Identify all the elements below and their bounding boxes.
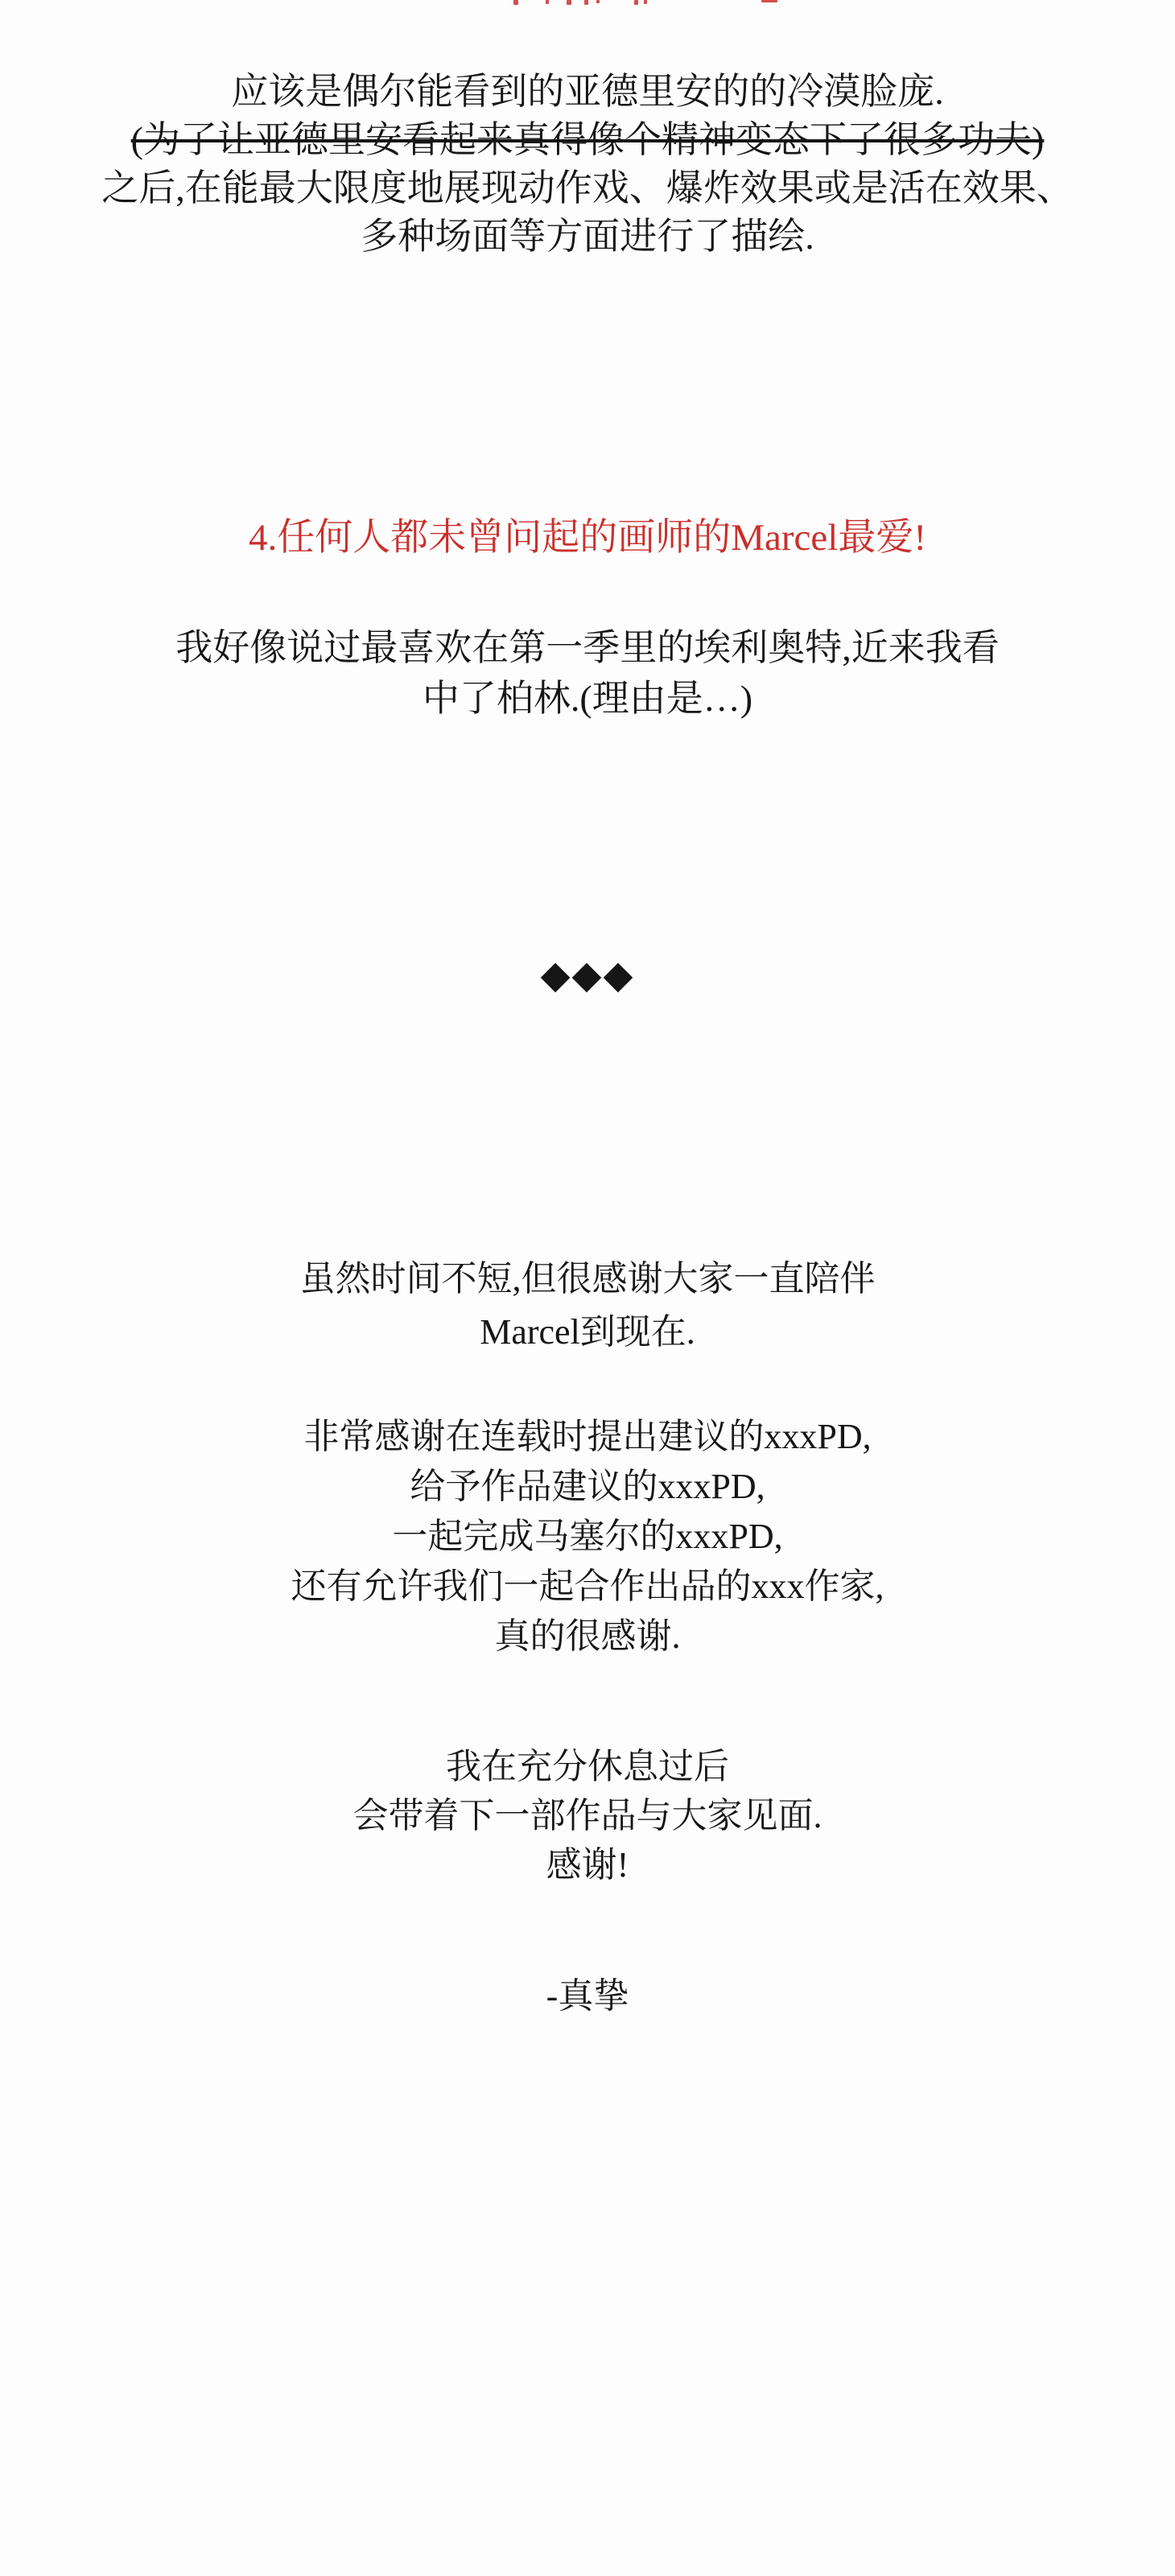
cutoff-glyph-tip <box>584 0 588 5</box>
paragraph-artist-favorite: 我好像说过最喜欢在第一季里的埃利奥特,近来我看 中了柏林.(理由是…) <box>0 622 1175 724</box>
cutoff-glyph-tip <box>546 0 549 4</box>
cutoff-glyph-tip <box>596 0 600 3</box>
cutoff-glyph-tip <box>634 0 638 5</box>
text-line: 还有允许我们一起合作出品的xxx作家, <box>0 1562 1175 1612</box>
text-line: 我好像说过最喜欢在第一季里的埃利奥特,近来我看 <box>0 622 1175 673</box>
text-line: 会带着下一部作品与大家见面. <box>0 1791 1175 1840</box>
text-line: 真的很感谢. <box>0 1612 1175 1662</box>
cutoff-red-heading-top-edge <box>0 0 1175 7</box>
text-line: Marcel到现在. <box>0 1306 1175 1359</box>
text-line: 我在充分休息过后 <box>0 1742 1175 1791</box>
cutoff-glyph-tip <box>644 0 647 4</box>
text-line: 一起完成马塞尔的xxxPD, <box>0 1512 1175 1562</box>
diamond-divider: ◆◆◆ <box>0 955 1175 995</box>
text-line: 多种场面等方面进行了描绘. <box>0 213 1175 261</box>
text-line: 给予作品建议的xxxPD, <box>0 1462 1175 1512</box>
text-line: 感谢! <box>0 1840 1175 1889</box>
paragraph-art-notes: 应该是偶尔能看到的亚德里安的的冷漠脸庞. (为了让亚德里安看起来真得像个精神变态… <box>0 68 1175 261</box>
cutoff-glyph-tip <box>761 0 777 2</box>
text-line: 之后,在能最大限度地展现动作戏、爆炸效果或是活在效果、 <box>0 164 1175 213</box>
signature-line: -真挚 <box>0 1972 1175 2021</box>
text-line: 非常感谢在连载时提出建议的xxxPD, <box>0 1412 1175 1462</box>
section-heading-4: 4.任何人都未曾问起的画师的Marcel最爱! <box>0 515 1175 560</box>
afterword-page: 应该是偶尔能看到的亚德里安的的冷漠脸庞. (为了让亚德里安看起来真得像个精神变态… <box>0 0 1175 2576</box>
paragraph-credits: 非常感谢在连载时提出建议的xxxPD, 给予作品建议的xxxPD, 一起完成马塞… <box>0 1412 1175 1662</box>
cutoff-glyph-tip <box>567 0 571 5</box>
paragraph-farewell: 我在充分休息过后 会带着下一部作品与大家见面. 感谢! <box>0 1742 1175 1889</box>
cutoff-glyph-tip <box>513 0 518 5</box>
text-line-struck-through: (为了让亚德里安看起来真得像个精神变态下了很多功夫) <box>0 116 1175 164</box>
text-line: 中了柏林.(理由是…) <box>0 673 1175 724</box>
paragraph-thanks-readers: 虽然时间不短,但很感谢大家一直陪伴 Marcel到现在. <box>0 1253 1175 1359</box>
text-line: 应该是偶尔能看到的亚德里安的的冷漠脸庞. <box>0 68 1175 116</box>
text-line: 虽然时间不短,但很感谢大家一直陪伴 <box>0 1253 1175 1306</box>
